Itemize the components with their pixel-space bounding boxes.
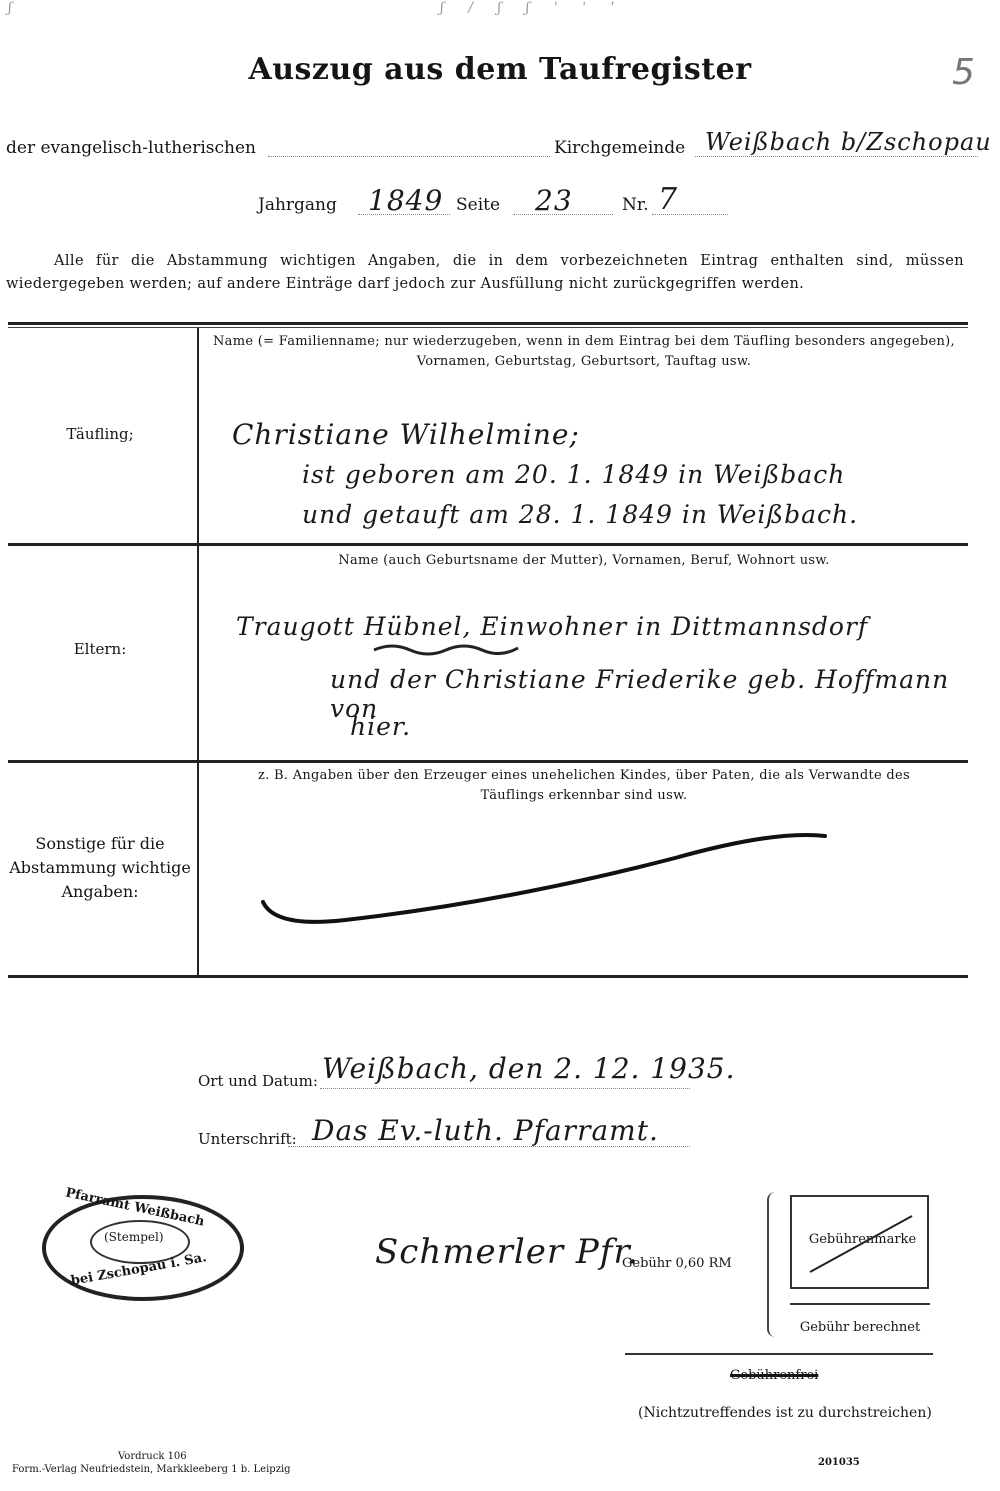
hint-parents: Name (auch Geburtsname der Mutter), Vorn… <box>200 551 968 571</box>
label-other: Sonstige für die Abstammung wichtige Ang… <box>6 832 194 904</box>
label-baptized: Täufling; <box>6 425 194 443</box>
place-date-value: Weißbach, den 2. 12. 1935. <box>322 1052 736 1085</box>
parish-label: Kirchgemeinde <box>554 138 685 158</box>
instructions: Alle für die Abstammung wichtigen Angabe… <box>6 250 964 296</box>
publisher: Form.-Verlag Neufriedstein, Markkleeberg… <box>12 1464 291 1475</box>
hint-baptized: Name (= Familienname; nur wiederzugeben,… <box>200 332 968 372</box>
cancellation-stroke <box>255 830 835 930</box>
entry-baptized-line-3: und getauft am 28. 1. 1849 in Weißbach. <box>302 500 858 529</box>
pastor-signature: Schmerler Pfr. <box>375 1232 639 1272</box>
entry-parents-line-3: hier. <box>350 712 411 741</box>
table-bottom-border <box>8 975 968 978</box>
hint-other: z. B. Angaben über den Erzeuger eines un… <box>200 766 968 806</box>
entry-baptized-line-1: Christiane Wilhelmine; <box>232 418 580 451</box>
number-value: 7 <box>658 182 678 217</box>
page-label: Seite <box>456 195 500 215</box>
entry-parents-line-2: und der Christiane Friederike geb. Hoffm… <box>330 665 1000 723</box>
row-divider <box>8 760 968 763</box>
fee-free-struck: Gebührenfrei <box>730 1368 818 1383</box>
dotted-line <box>695 156 978 157</box>
column-divider <box>197 328 199 978</box>
brace-bracket <box>767 1192 777 1337</box>
year-value: 1849 <box>368 184 443 217</box>
dotted-line <box>320 1088 690 1089</box>
signature-office: Das Ev.-luth. Pfarramt. <box>312 1114 659 1147</box>
page-number: 5 <box>952 52 975 93</box>
label-parents: Eltern: <box>6 640 194 658</box>
form-number: Vordruck 106 <box>118 1451 187 1462</box>
table-top-border <box>8 322 968 325</box>
entry-parents-line-1: Traugott Hübnel, Einwohner in Dittmannsd… <box>236 612 868 641</box>
number-label: Nr. <box>622 195 649 215</box>
stamp-text-center: (Stempel) <box>104 1230 164 1244</box>
entry-baptized-line-2: ist geboren am 20. 1. 1849 in Weißbach <box>302 460 845 489</box>
row-divider <box>8 543 968 546</box>
parish-value: Weißbach b/Zschopau <box>705 128 992 156</box>
fee-free-separator <box>625 1353 933 1355</box>
table-top-border-thin <box>8 327 968 328</box>
page-title: Auszug aus dem Taufregister <box>0 52 1000 87</box>
page-value: 23 <box>535 184 573 217</box>
fee-charged-label: Gebühr berechnet <box>790 1320 930 1335</box>
place-date-label: Ort und Datum: <box>198 1072 318 1090</box>
fee-stamp-strikethrough <box>800 1210 920 1280</box>
margin-mark: ʃ <box>8 0 12 16</box>
underline-squiggle <box>372 640 522 656</box>
signature-label: Unterschrift: <box>198 1130 297 1148</box>
church-prefix: der evangelisch-lutherischen <box>6 138 256 158</box>
fee-amount: Gebühr 0,60 RM <box>622 1256 732 1271</box>
margin-scribbles: ʃ / ʃ ʃ ' ' ˈ <box>440 0 624 16</box>
fee-separator <box>790 1303 930 1305</box>
dotted-line <box>268 156 550 157</box>
print-code: 201035 <box>818 1457 860 1468</box>
strike-note: (Nichtzutreffendes ist zu durchstreichen… <box>638 1405 932 1421</box>
year-label: Jahrgang <box>258 195 337 215</box>
